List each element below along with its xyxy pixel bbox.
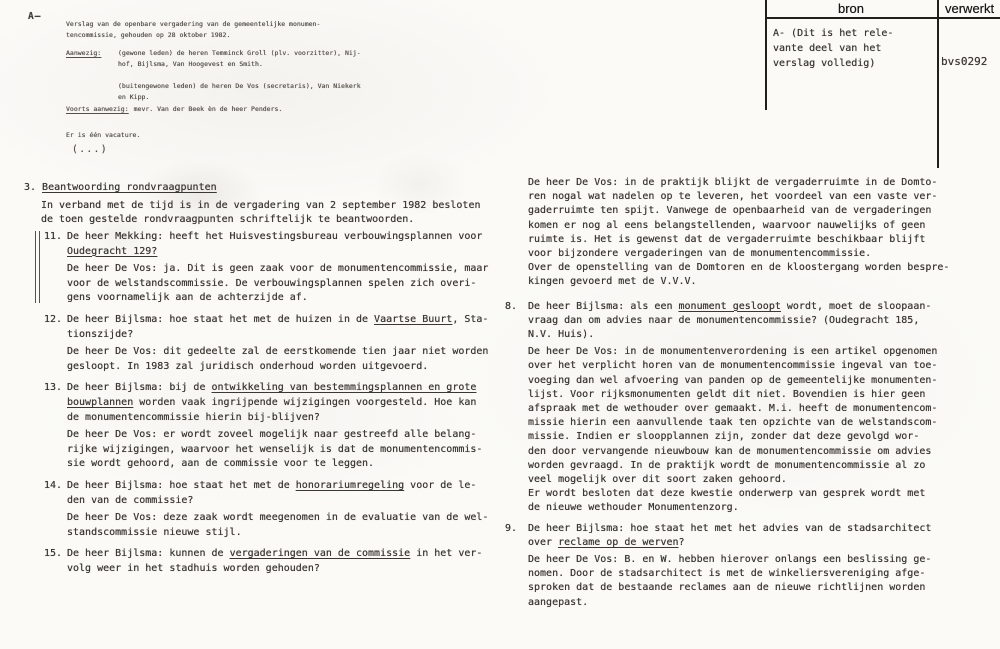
attendees-special-row: (buitengewone leden) de heren De Vos (se… <box>66 81 396 103</box>
item-number: 13. <box>44 381 62 396</box>
margin-emphasis-bars <box>35 231 40 303</box>
scanned-document-page: A— Verslag van de openbare vergadering v… <box>0 0 1000 649</box>
margin-mark: A— <box>28 11 41 22</box>
vacancy-note: Er is één vacature. <box>66 130 396 141</box>
question: De heer Bijlsma: hoe staat het met het a… <box>528 522 976 550</box>
section-number: 3. <box>24 182 36 193</box>
qa-item-12: 12. De heer Bijlsma: hoe staat het met d… <box>67 313 519 374</box>
attendees-spacer <box>66 81 118 103</box>
item-number: 14. <box>44 479 62 494</box>
column-header-verwerkt: verwerkt <box>945 1 994 16</box>
document-title: Verslag van de openbare vergadering van … <box>66 19 396 41</box>
aanwezig-label: Aanwezig: <box>66 48 118 70</box>
answer: De heer De Vos: deze zaak wordt meegenom… <box>67 511 519 540</box>
question-underlined-text: Vaartse Buurt <box>374 314 452 325</box>
question-text: De heer Bijlsma: kunnen de <box>67 548 230 559</box>
stamp-table: bron verwerkt A- (Dit is het rele- vante… <box>765 0 1000 172</box>
question: De heer Bijlsma: bij de ontwikkeling van… <box>67 381 519 425</box>
questions-column-right: De heer De Vos: in de praktijk blijkt de… <box>528 173 976 616</box>
question-text: De heer Bijlsma: hoe staat het met de <box>67 480 296 491</box>
section-title: Beantwoording rondvraagpunten <box>42 182 217 193</box>
item-number: 9. <box>505 522 517 536</box>
question-underlined-text: monument gesloopt <box>679 301 781 312</box>
question: De heer Bijlsma: hoe staat het met de hu… <box>67 313 519 342</box>
qa-item-13: 13. De heer Bijlsma: bij de ontwikkeling… <box>67 381 519 472</box>
document-header: Verslag van de openbare vergadering van … <box>66 19 396 155</box>
question: De heer Mekking: heeft het Huisvestingsb… <box>67 230 519 259</box>
attendees-special-text: (buitengewone leden) de heren De Vos (se… <box>118 81 361 103</box>
stamp-note: A- (Dit is het rele- vante deel van het … <box>773 26 933 71</box>
question-text: De heer Bijlsma: hoe staat het met de hu… <box>67 314 374 325</box>
omission-mark: (...) <box>66 144 396 155</box>
question-underlined-text: vergaderingen van de commissie <box>230 548 411 559</box>
voorts-aanwezig-label: Voorts aanwezig: <box>66 105 129 113</box>
table-header-rule <box>765 17 1000 19</box>
voorts-aanwezig-text: mevr. Van der Beek èn de heer Penders. <box>134 105 283 113</box>
section-intro: In verband met de tijd is in de vergader… <box>41 199 481 228</box>
item-number: 8. <box>505 300 517 314</box>
item-number: 11. <box>44 230 62 245</box>
item-number: 15. <box>44 547 62 562</box>
attendees-regular-row: Aanwezig: (gewone leden) de heren Temmin… <box>66 48 396 70</box>
answer: De heer De Vos: er wordt zoveel mogelijk… <box>67 428 519 472</box>
qa-item-11: 11. De heer Mekking: heeft het Huisvesti… <box>67 230 519 306</box>
qa-item-14: 14. De heer Bijlsma: hoe staat het met d… <box>67 479 519 540</box>
table-column-divider <box>937 0 939 168</box>
stamp-code: bvs0292 <box>941 55 987 68</box>
question-underlined-text: Oudegracht 129? <box>67 246 157 257</box>
question: De heer Bijlsma: kunnen de vergaderingen… <box>67 547 519 576</box>
answer: De heer De Vos: dit gedeelte zal de eers… <box>67 345 519 374</box>
attendees-regular-text: (gewone leden) de heren Temminck Groll (… <box>118 48 361 70</box>
continuation-paragraph: De heer De Vos: in de praktijk blijkt de… <box>528 176 976 290</box>
question-text: De heer Mekking: heeft het Huisvestingsb… <box>67 231 482 242</box>
answer: De heer De Vos: B. en W. hebben hierover… <box>528 553 976 610</box>
column-header-bron: bron <box>765 1 937 16</box>
question-underlined-text: honorariumregeling <box>296 480 404 491</box>
answer: De heer De Vos: in de monumentenverorden… <box>528 345 976 515</box>
question-text: ? <box>679 537 685 548</box>
questions-column-left: 11. De heer Mekking: heeft het Huisvesti… <box>67 230 519 583</box>
question-underlined-text: reclame op de werven <box>558 537 678 548</box>
question-text: De heer Bijlsma: bij de <box>67 382 212 393</box>
qa-item-15: 15. De heer Bijlsma: kunnen de vergaderi… <box>67 547 519 576</box>
question: De heer Bijlsma: hoe staat het met de ho… <box>67 479 519 508</box>
item-number: 12. <box>44 313 62 328</box>
qa-item-8: 8. De heer Bijlsma: als een monument ges… <box>528 300 976 516</box>
qa-item-9: 9. De heer Bijlsma: hoe staat het met he… <box>528 522 976 610</box>
answer: De heer De Vos: ja. Dit is geen zaak voo… <box>67 262 519 306</box>
question: De heer Bijlsma: als een monument gesloo… <box>528 300 976 343</box>
section-heading: 3.Beantwoording rondvraagpunten <box>24 182 217 193</box>
voorts-aanwezig-row: Voorts aanwezig:mevr. Van der Beek èn de… <box>66 104 396 115</box>
question-text: De heer Bijlsma: als een <box>528 301 679 312</box>
